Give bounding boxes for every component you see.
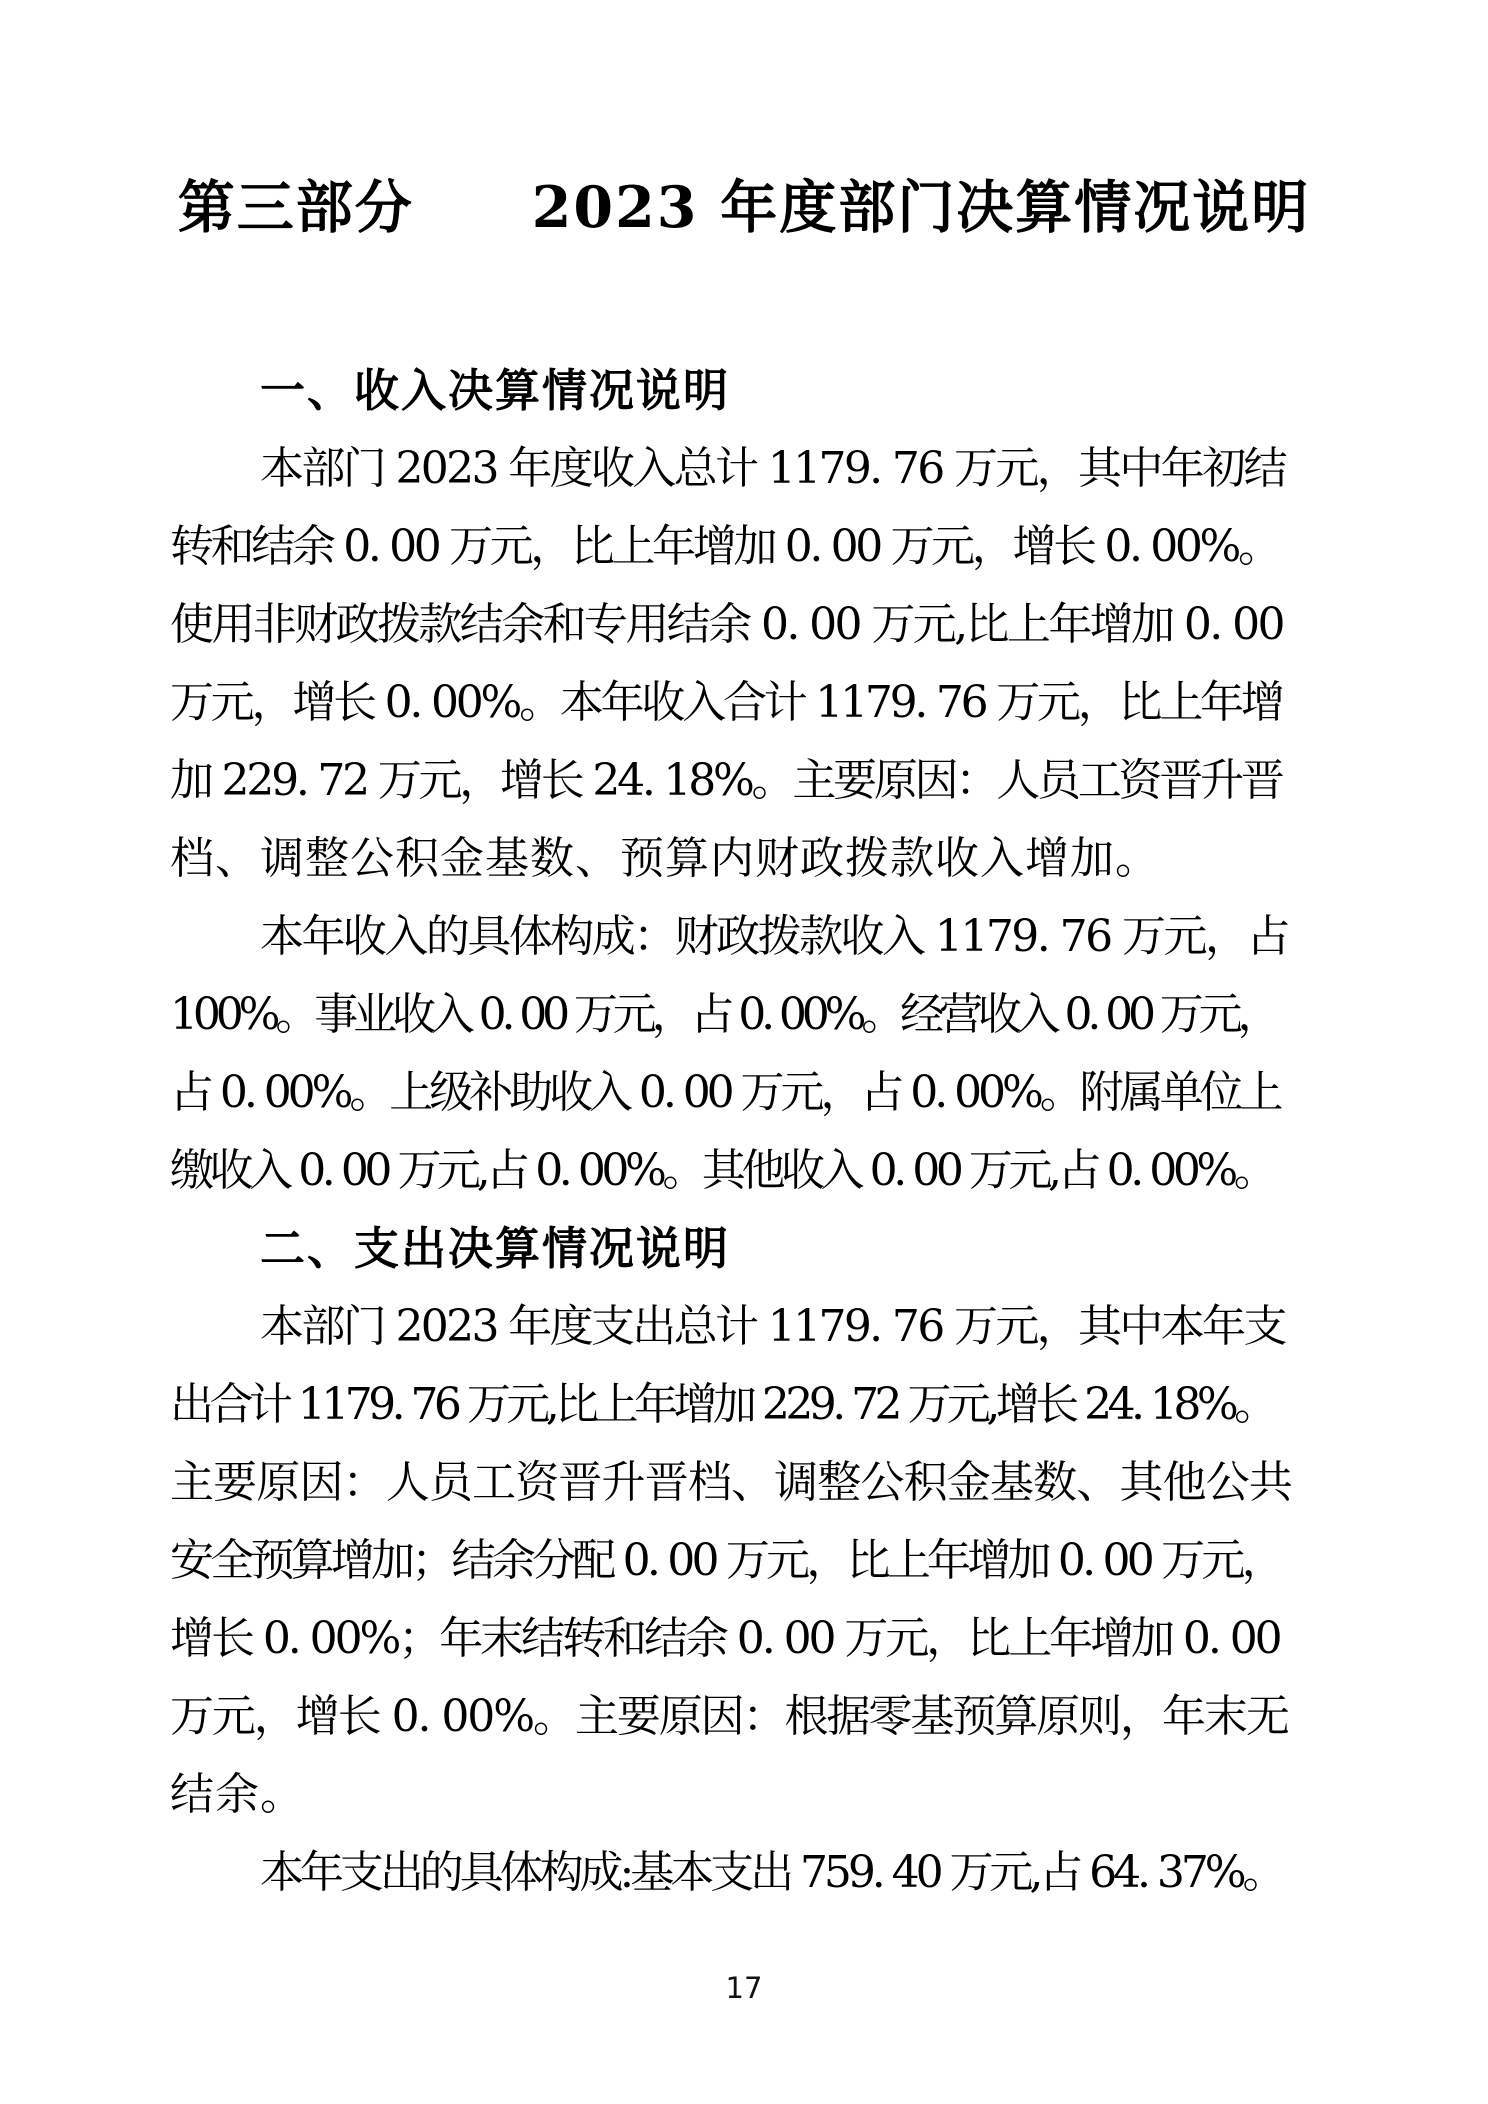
text-line: 占 0. 00%。上级补助收入 0. 00 万元，占 0. 00%。附属单位上	[170, 1054, 1318, 1132]
text-line: 加 229. 72 万元，增长 24. 18%。主要原因：人员工资晋升晋	[170, 742, 1318, 820]
text-line: 转和结余 0. 00 万元，比上年增加 0. 00 万元，增长 0. 00%。	[170, 508, 1318, 586]
text-line: 增长 0. 00%；年末结转和结余 0. 00 万元，比上年增加 0. 00	[170, 1600, 1318, 1678]
text-line: 主要原因：人员工资晋升晋档、调整公积金基数、其他公共	[170, 1444, 1318, 1522]
page-title: 第三部分 2023 年度部门决算情况说明	[170, 165, 1318, 250]
text-line: 档、调整公积金基数、预算内财政拨款收入增加。	[170, 820, 1318, 898]
text-line: 100%。事业收入 0. 00 万元，占 0. 00%。经营收入 0. 00 万…	[170, 976, 1318, 1054]
text-line: 本部门 2023 年度收入总计 1179. 76 万元，其中年初结	[170, 430, 1318, 508]
text-line: 万元，增长 0. 00%。主要原因：根据零基预算原则，年末无	[170, 1678, 1318, 1756]
text-line: 出合计 1179. 76 万元,比上年增加 229. 72 万元,增长 24. …	[170, 1366, 1318, 1444]
section-heading-expenditure: 二、支出决算情况说明	[170, 1210, 1318, 1288]
text-line: 缴收入 0. 00 万元,占 0. 00%。其他收入 0. 00 万元,占 0.…	[170, 1132, 1318, 1210]
page-number: 17	[0, 1968, 1488, 2008]
text-line: 本年收入的具体构成：财政拨款收入 1179. 76 万元，占	[170, 898, 1318, 976]
text-line: 万元，增长 0. 00%。本年收入合计 1179. 76 万元，比上年增	[170, 664, 1318, 742]
text-line: 本部门 2023 年度支出总计 1179. 76 万元，其中本年支	[170, 1288, 1318, 1366]
section-heading-income: 一、收入决算情况说明	[170, 352, 1318, 430]
page-content: 第三部分 2023 年度部门决算情况说明 一、收入决算情况说明 本部门 2023…	[170, 0, 1318, 1912]
document-page: 第三部分 2023 年度部门决算情况说明 一、收入决算情况说明 本部门 2023…	[0, 0, 1488, 2104]
text-line: 使用非财政拨款结余和专用结余 0. 00 万元,比上年增加 0. 00	[170, 586, 1318, 664]
text-line: 结余。	[170, 1756, 1318, 1834]
text-line: 本年支出的具体构成:基本支出 759. 40 万元,占 64. 37%。	[170, 1834, 1318, 1912]
text-line: 安全预算增加；结余分配 0. 00 万元，比上年增加 0. 00 万元，	[170, 1522, 1318, 1600]
